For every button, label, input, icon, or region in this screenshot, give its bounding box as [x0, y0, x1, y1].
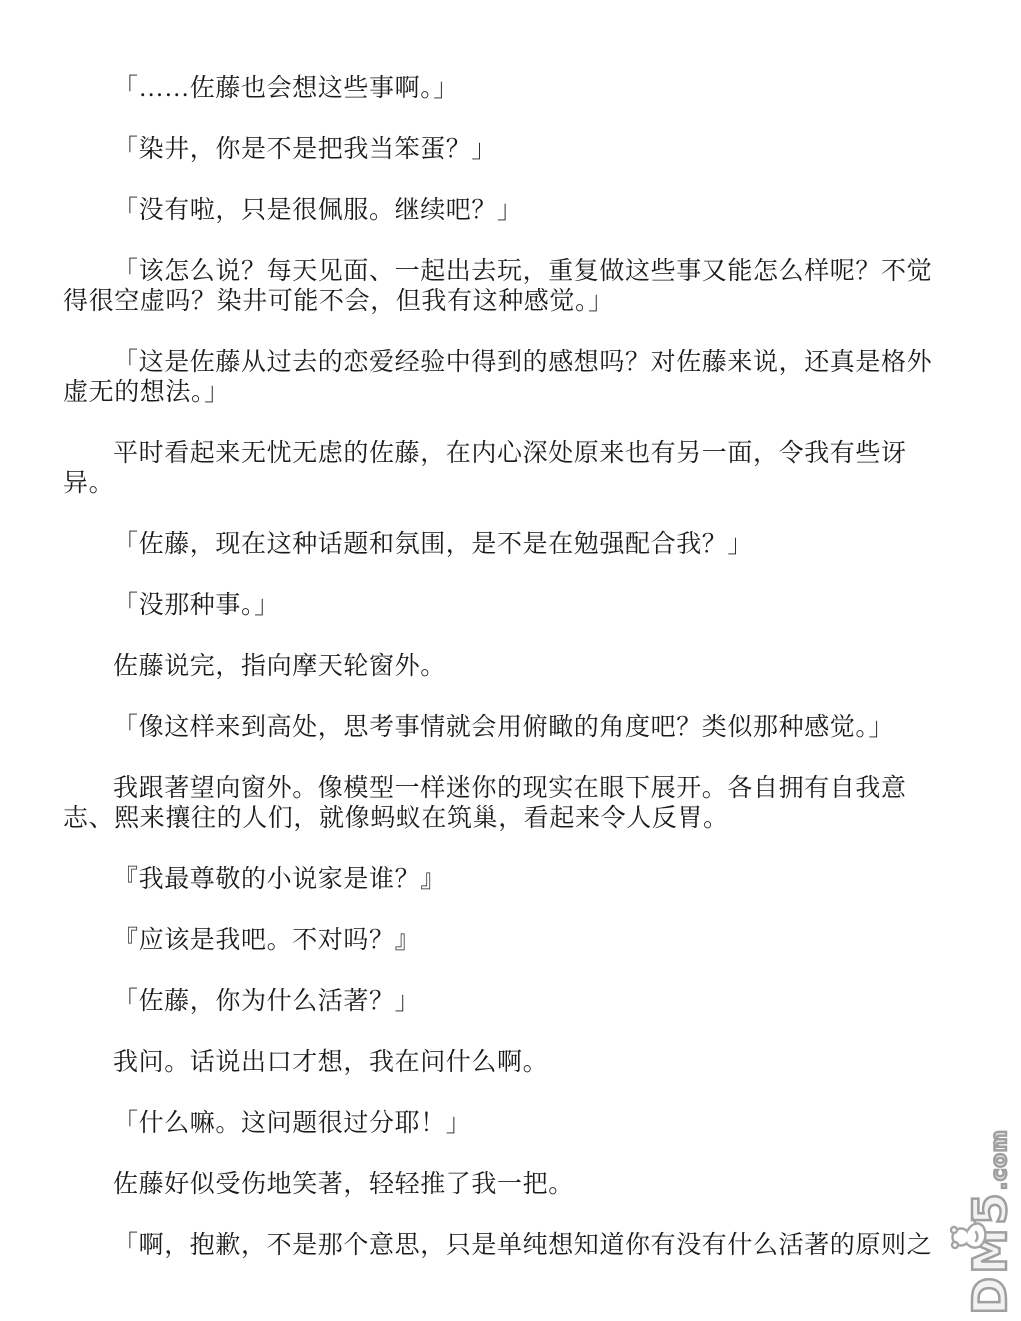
- paragraph: 「……佐藤也会想这些事啊。」: [63, 74, 935, 104]
- paragraph: 佐藤好似受伤地笑著，轻轻推了我一把。: [63, 1170, 935, 1200]
- watermark-suffix-text: .com: [971, 1129, 1021, 1190]
- paragraph: 我跟著望向窗外。像模型一样迷你的现实在眼下展开。各自拥有自我意志、熙来攘往的人们…: [63, 774, 935, 834]
- paragraph: 「染井，你是不是把我当笨蛋？」: [63, 135, 935, 165]
- novel-text-body: 「……佐藤也会想这些事啊。」「染井，你是不是把我当笨蛋？」「没有啦，只是很佩服。…: [63, 74, 935, 1292]
- paragraph: 「啊，抱歉，不是那个意思，只是单纯想知道你有没有什么活著的原则之: [63, 1231, 935, 1261]
- dm5-mascot-icon: [946, 1211, 992, 1257]
- paragraph: 「佐藤，现在这种话题和氛围，是不是在勉强配合我？」: [63, 530, 935, 560]
- reader-page: { "document": { "language": "zh-Hans", "…: [0, 0, 1021, 1321]
- paragraph: 「这是佐藤从过去的恋爱经验中得到的感想吗？对佐藤来说，还真是格外虚无的想法。」: [63, 348, 935, 408]
- paragraph: 我问。话说出口才想，我在问什么啊。: [63, 1048, 935, 1078]
- paragraph: 「该怎么说？每天见面、一起出去玩，重复做这些事又能怎么样呢？不觉得很空虚吗？染井…: [63, 257, 935, 317]
- paragraph: 「佐藤，你为什么活著？」: [63, 987, 935, 1017]
- paragraph: 「像这样来到高处，思考事情就会用俯瞰的角度吧？类似那种感觉。」: [63, 713, 935, 743]
- dm5-watermark: DM5.com: [962, 1125, 1018, 1315]
- paragraph: 『我最尊敬的小说家是谁？』: [63, 865, 935, 895]
- paragraph: 佐藤说完，指向摩天轮窗外。: [63, 652, 935, 682]
- paragraph: 平时看起来无忧无虑的佐藤，在内心深处原来也有另一面，令我有些讶异。: [63, 439, 935, 499]
- paragraph: 「什么嘛。这问题很过分耶！」: [63, 1109, 935, 1139]
- paragraph: 『应该是我吧。不对吗？』: [63, 926, 935, 956]
- watermark-brand-text: DM5: [962, 1190, 1018, 1315]
- paragraph: 「没那种事。」: [63, 591, 935, 621]
- paragraph: 「没有啦，只是很佩服。继续吧？」: [63, 196, 935, 226]
